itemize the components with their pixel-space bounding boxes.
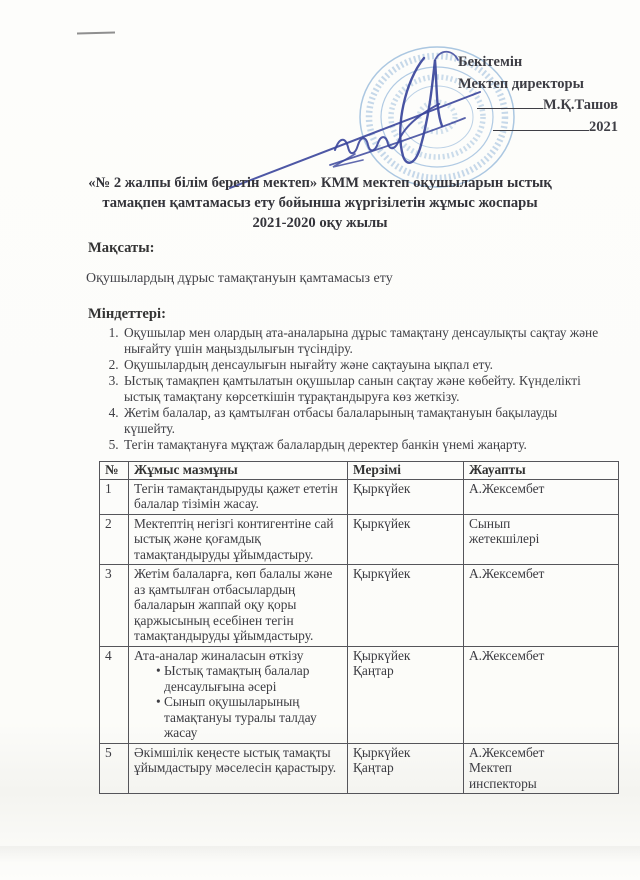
- row-content: Мектептің негізгі контигентіне сай ыстық…: [129, 514, 348, 565]
- row-content-text: Ата-аналар жиналасын өткізу: [134, 648, 343, 664]
- approval-label: Бекітемін: [458, 52, 618, 74]
- header-number: №: [100, 462, 129, 480]
- table-row: 1 Тегін тамақтандыруды қажет ететін бала…: [100, 479, 619, 514]
- pen-mark-line: [77, 32, 115, 35]
- header-content: Жұмыс мазмұны: [129, 462, 348, 480]
- approval-year-line: 2021: [458, 117, 618, 139]
- signature-underline: [477, 95, 543, 109]
- row-content: Ата-аналар жиналасын өткізу Ыстық тамақт…: [129, 646, 348, 743]
- header-term: Мерзімі: [348, 462, 464, 480]
- row-number: 1: [100, 479, 129, 514]
- row-content: Әкімшілік кеңесте ыстық тамақты ұйымдаст…: [129, 743, 348, 794]
- row-number: 4: [100, 646, 129, 743]
- approval-block: Бекітемін Мектеп директоры М.Қ.Ташов 202…: [458, 52, 618, 138]
- goal-heading: Мақсаты:: [88, 240, 154, 257]
- header-responsible: Жауапты: [464, 462, 619, 480]
- title-line-1: «№ 2 жалпы білім беретін мектеп» КММ мек…: [40, 173, 600, 193]
- row-term: Қыркүйек: [348, 479, 464, 514]
- row-responsible: А.Жексембет: [464, 479, 619, 514]
- row-content: Тегін тамақтандыруды қажет ететін балала…: [129, 479, 348, 514]
- task-item: Ыстық тамақпен қамтылатын оқушылар санын…: [122, 373, 608, 405]
- row-content-bullet: Ыстық тамақтың балалар денсаулығына әсер…: [134, 663, 343, 694]
- table-row: 5 Әкімшілік кеңесте ыстық тамақты ұйымда…: [100, 743, 619, 794]
- director-name: М.Қ.Ташов: [543, 97, 618, 113]
- row-term: Қыркүйек Қаңтар: [348, 743, 464, 794]
- approval-name-line: М.Қ.Ташов: [458, 95, 618, 117]
- title-line-3: 2021-2020 оқу жылы: [40, 213, 600, 233]
- table-row: 3 Жетім балаларға, көп балалы және аз қа…: [100, 565, 619, 647]
- row-responsible: А.Жексембет Мектеп инспекторы: [464, 743, 619, 794]
- tasks-heading: Міндеттері:: [88, 306, 166, 323]
- task-item: Жетім балалар, аз қамтылған отбасы балал…: [122, 405, 608, 437]
- approval-role: Мектеп директоры: [458, 74, 618, 96]
- row-content-bullet: Сынып оқушыларының тамақтануы туралы тал…: [134, 694, 343, 741]
- row-responsible: А.Жексембет: [464, 646, 619, 743]
- row-responsible: Сынып жетекшілері: [464, 514, 619, 565]
- row-term: Қыркүйек: [348, 565, 464, 647]
- row-number: 3: [100, 565, 129, 647]
- work-plan-table: № Жұмыс мазмұны Мерзімі Жауапты 1 Тегін …: [99, 461, 619, 794]
- table-row: 2 Мектептің негізгі контигентіне сай ыст…: [100, 514, 619, 565]
- date-underline: [493, 117, 589, 131]
- approval-year: 2021: [589, 119, 618, 135]
- table-row: 4 Ата-аналар жиналасын өткізу Ыстық тама…: [100, 646, 619, 743]
- row-term: Қыркүйек: [348, 514, 464, 565]
- scanned-document-page: Бекітемін Мектеп директоры М.Қ.Ташов 202…: [0, 0, 640, 880]
- row-content: Жетім балаларға, көп балалы және аз қамт…: [129, 565, 348, 647]
- tasks-list: Оқушылар мен олардың ата-аналарына дұрыс…: [102, 325, 608, 453]
- table-header-row: № Жұмыс мазмұны Мерзімі Жауапты: [100, 462, 619, 480]
- row-number: 5: [100, 743, 129, 794]
- scan-edge-shading: [0, 846, 640, 862]
- goal-text: Оқушылардың дұрыс тамақтануын қамтамасыз…: [86, 271, 393, 287]
- row-responsible: А.Жексембет: [464, 565, 619, 647]
- document-title: «№ 2 жалпы білім беретін мектеп» КММ мек…: [40, 173, 600, 233]
- row-number: 2: [100, 514, 129, 565]
- title-line-2: тамақпен қамтамасыз ету бойынша жүргізіл…: [40, 193, 600, 213]
- task-item: Оқушылардың денсаулығын нығайту және сақ…: [122, 357, 608, 373]
- row-term: Қыркүйек Қаңтар: [348, 646, 464, 743]
- task-item: Оқушылар мен олардың ата-аналарына дұрыс…: [122, 325, 608, 357]
- task-item: Тегін тамақтануға мұқтаж балалардың дере…: [122, 437, 608, 453]
